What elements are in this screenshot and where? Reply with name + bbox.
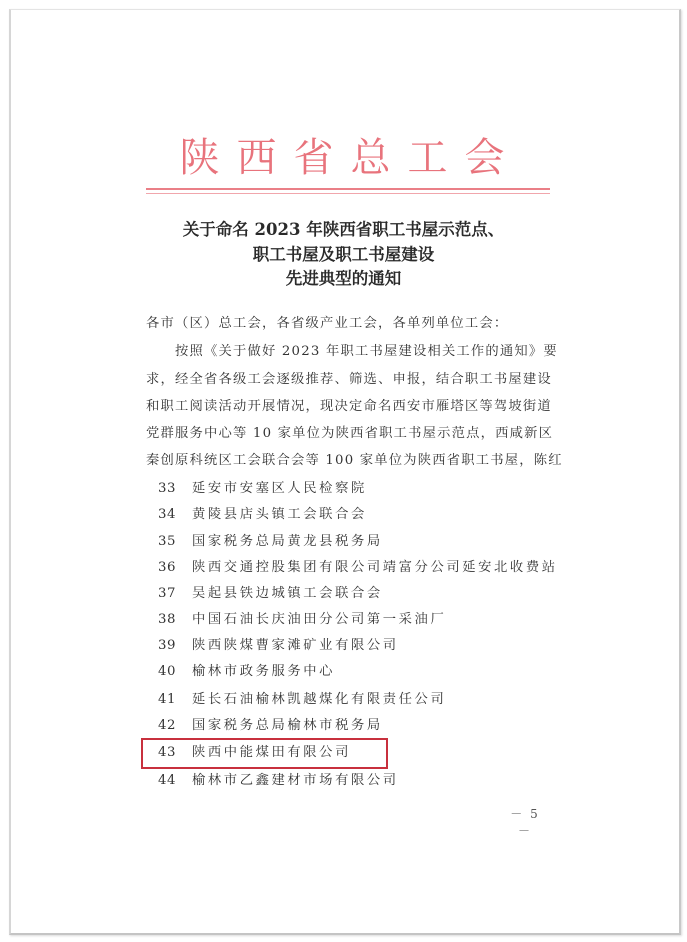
- list-item: 36陕西交通控股集团有限公司靖富分公司延安北收费站: [158, 556, 558, 580]
- masthead-org-name: 陕西省总工会: [0, 133, 687, 183]
- list-item: 41延长石油榆林凯越煤化有限责任公司: [158, 688, 558, 712]
- masthead-rule-thin: [146, 193, 550, 194]
- paragraph-line: 和职工阅读活动开展情况，现决定命名西安市雁塔区等驾坡街道: [146, 397, 550, 417]
- list-item-number: 44: [158, 769, 192, 793]
- list-item-number: 40: [158, 660, 192, 684]
- list-item-name: 中国石油长庆油田分公司第一采油厂: [192, 612, 446, 627]
- list-item-number: 36: [158, 556, 192, 580]
- list-item-name: 吴起县铁边城镇工会联合会: [192, 586, 383, 601]
- list-item-name: 榆林市政务服务中心: [192, 664, 335, 679]
- notice-title-line-1: 关于命名 2023 年陕西省职工书屋示范点、: [0, 218, 687, 242]
- list-item-name: 延安市安塞区人民检察院: [192, 481, 367, 496]
- list-item-number: 41: [158, 688, 192, 712]
- list-item: 40榆林市政务服务中心: [158, 660, 558, 684]
- list-item-number: 35: [158, 530, 192, 554]
- list-item: 44榆林市乙鑫建材市场有限公司: [158, 769, 558, 793]
- list-item: 37吴起县铁边城镇工会联合会: [158, 582, 558, 606]
- highlight-box: [141, 738, 388, 769]
- list-item-number: 33: [158, 477, 192, 501]
- list-item-name: 黄陵县店头镇工会联合会: [192, 507, 367, 522]
- salutation: 各市（区）总工会，各省级产业工会，各单列单位工会：: [146, 314, 550, 334]
- list-item-name: 延长石油榆林凯越煤化有限责任公司: [192, 692, 446, 707]
- notice-title-line-3: 先进典型的通知: [0, 267, 687, 291]
- list-item: 35国家税务总局黄龙县税务局: [158, 530, 558, 554]
- page-number: － 5 －: [505, 805, 545, 839]
- masthead-rule-thick: [146, 188, 550, 190]
- list-item: 34黄陵县店头镇工会联合会: [158, 503, 558, 527]
- list-item-name: 国家税务总局黄龙县税务局: [192, 534, 383, 549]
- list-item-name: 陕西交通控股集团有限公司靖富分公司延安北收费站: [192, 560, 558, 575]
- list-item-name: 国家税务总局榆林市税务局: [192, 718, 383, 733]
- list-item: 33延安市安塞区人民检察院: [158, 477, 558, 501]
- list-item-number: 38: [158, 608, 192, 632]
- paragraph-line: 按照《关于做好 2023 年职工书屋建设相关工作的通知》要: [146, 342, 550, 362]
- list-item: 42国家税务总局榆林市税务局: [158, 714, 558, 738]
- paragraph-line: 求，经全省各级工会逐级推荐、筛选、申报，结合职工书屋建设: [146, 370, 550, 390]
- list-item-number: 37: [158, 582, 192, 606]
- notice-title-line-2: 职工书屋及职工书屋建设: [0, 243, 687, 267]
- list-item-number: 34: [158, 503, 192, 527]
- list-item-name: 榆林市乙鑫建材市场有限公司: [192, 773, 399, 788]
- list-item-number: 42: [158, 714, 192, 738]
- paragraph-line: 秦创原科统区工会联合会等 100 家单位为陕西省职工书屋，陈红: [146, 451, 550, 471]
- list-item-number: 39: [158, 634, 192, 658]
- paragraph-line: 党群服务中心等 10 家单位为陕西省职工书屋示范点，西咸新区: [146, 424, 550, 444]
- list-item-name: 陕西陕煤曹家滩矿业有限公司: [192, 638, 399, 653]
- list-item: 39陕西陕煤曹家滩矿业有限公司: [158, 634, 558, 658]
- list-item: 38中国石油长庆油田分公司第一采油厂: [158, 608, 558, 632]
